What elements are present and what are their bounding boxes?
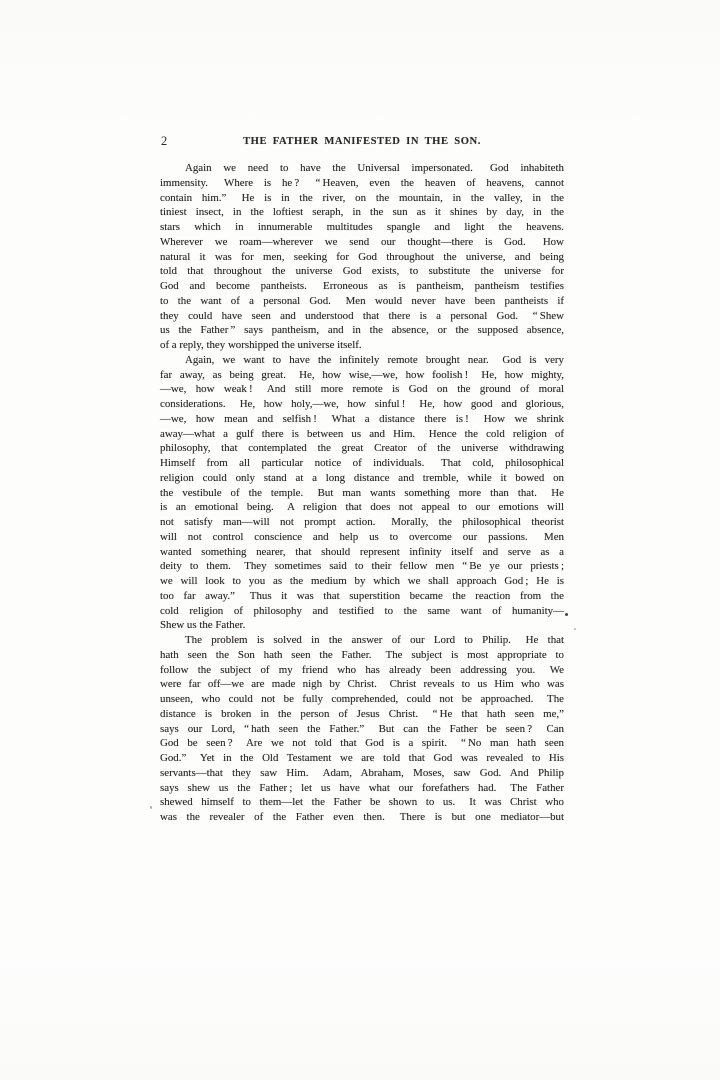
text-line: stars which in innumerable multitudes sp… bbox=[160, 220, 564, 235]
text-line: follow the subject of my friend who has … bbox=[160, 663, 564, 678]
text-line: immensity. Where is he ? “ Heaven, even … bbox=[160, 176, 564, 191]
text-line: too far away.” Thus it was that supersti… bbox=[160, 589, 564, 604]
text-line: God be seen ? Are we not told that God i… bbox=[160, 736, 564, 751]
text-line: to the want of a personal God. Men would… bbox=[160, 294, 564, 309]
text-line: distance is broken in the person of Jesu… bbox=[160, 707, 564, 722]
scanned-book-page: 2 THE FATHER MANIFESTED IN THE SON. Agai… bbox=[0, 0, 720, 1080]
text-line: will not control conscience and help us … bbox=[160, 530, 564, 545]
text-line: servants—that they saw Him. Adam, Abraha… bbox=[160, 766, 564, 781]
text-line: considerations. He, how holy,—we, how si… bbox=[160, 397, 564, 412]
text-line: was the revealer of the Father even then… bbox=[160, 810, 564, 825]
text-line: says our Lord, “ hath seen the Father.” … bbox=[160, 722, 564, 737]
text-line: natural it was for men, seeking for God … bbox=[160, 250, 564, 265]
text-line: Wherever we roam—wherever we send our th… bbox=[160, 235, 564, 250]
text-line: deity to them. They sometimes said to th… bbox=[160, 559, 564, 574]
text-line: tiniest insect, in the loftiest seraph, … bbox=[160, 205, 564, 220]
text-line: cold religion of philosophy and testifie… bbox=[160, 604, 564, 619]
page-header: 2 THE FATHER MANIFESTED IN THE SON. bbox=[160, 133, 564, 149]
text-line: were far off—we are made nigh by Christ.… bbox=[160, 677, 564, 692]
text-line: not satisfy man—will not prompt action. … bbox=[160, 515, 564, 530]
text-line: says shew us the Father ; let us have wh… bbox=[160, 781, 564, 796]
text-line: they could have seen and understood that… bbox=[160, 309, 564, 324]
scan-speck bbox=[574, 628, 576, 630]
text-line: Again, we want to have the infinitely re… bbox=[160, 353, 564, 368]
text-line: —we, how weak ! And still more remote is… bbox=[160, 382, 564, 397]
text-line: philosophy, that contemplated the great … bbox=[160, 441, 564, 456]
text-line: The problem is solved in the answer of o… bbox=[160, 633, 564, 648]
text-line: God and become pantheists. Erroneous as … bbox=[160, 279, 564, 294]
text-line: Shew us the Father. bbox=[160, 618, 564, 633]
text-line: wanted something nearer, that should rep… bbox=[160, 545, 564, 560]
scan-speck bbox=[150, 806, 152, 809]
text-line: religion could only stand at a long dist… bbox=[160, 471, 564, 486]
text-line: unseen, who could not be fully comprehen… bbox=[160, 692, 564, 707]
text-line: —we, how mean and selfish ! What a dista… bbox=[160, 412, 564, 427]
text-line: Himself from all particular notice of in… bbox=[160, 456, 564, 471]
text-line: away—what a gulf there is between us and… bbox=[160, 427, 564, 442]
text-line: hath seen the Son hath seen the Father. … bbox=[160, 648, 564, 663]
text-line: told that throughout the universe God ex… bbox=[160, 264, 564, 279]
text-line: is an emotional being. A religion that d… bbox=[160, 500, 564, 515]
text-line: far away, as being great. He, how wise,—… bbox=[160, 368, 564, 383]
text-block: Again we need to have the Universal impe… bbox=[160, 161, 564, 825]
text-line: God.” Yet in the Old Testament we are to… bbox=[160, 751, 564, 766]
text-line: shewed himself to them—let the Father be… bbox=[160, 795, 564, 810]
text-line: the vestibule of the temple. But man wan… bbox=[160, 486, 564, 501]
scan-speck bbox=[565, 613, 568, 616]
text-line: of a reply, they worshipped the universe… bbox=[160, 338, 564, 353]
text-line: contain him.” He is in the river, on the… bbox=[160, 191, 564, 206]
running-header: THE FATHER MANIFESTED IN THE SON. bbox=[160, 135, 564, 149]
text-line: us the Father ” says pantheism, and in t… bbox=[160, 323, 564, 338]
text-line: Again we need to have the Universal impe… bbox=[160, 161, 564, 176]
text-line: we will look to you as the medium by whi… bbox=[160, 574, 564, 589]
